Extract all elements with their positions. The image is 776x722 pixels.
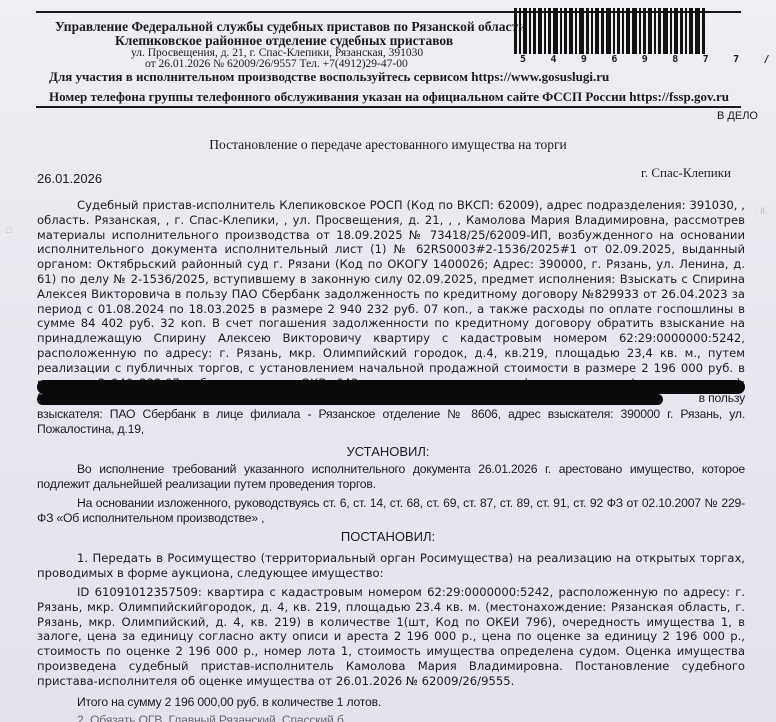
redaction-bar-2: [37, 394, 663, 405]
property-item: ID 61091012357509: квартира с кадастровы…: [37, 585, 745, 689]
document-title: Постановление о передаче арестованного и…: [0, 137, 776, 153]
total-line: Итого на сумму 2 196 000,00 руб. в колич…: [37, 695, 745, 710]
redaction-tail-text: в пользу: [683, 391, 745, 406]
intro-paragraph: Судебный пристав-исполнитель Клепиковско…: [37, 198, 745, 405]
established-heading: УСТАНОВИЛ:: [0, 444, 776, 459]
header-bottom-rule: [36, 106, 741, 108]
document-page: Управление Федеральной службы судебных п…: [0, 0, 776, 722]
barcode-number: 5 4 9 6 9 8 7 7 / 6 2 0 9: [520, 54, 735, 65]
document-city: г. Спас-Клепики: [641, 165, 731, 181]
margin-mark: □: [6, 225, 11, 235]
claimant-paragraph: взыскателя: ПАО Сбербанк в лице филиала …: [37, 407, 745, 437]
established-paragraph-1: Во исполнение требований указанного испо…: [37, 462, 745, 492]
margin-mark: · 8.: [755, 206, 767, 216]
barcode: [514, 8, 738, 54]
gosuslugi-note: Для участия в исполнительном производств…: [49, 69, 609, 85]
resolved-paragraph-1: 1. Передать в Росимущество (территориаль…: [37, 551, 745, 581]
resolved-heading: ПОСТАНОВИЛ:: [0, 529, 776, 544]
file-mark: В ДЕЛО: [717, 110, 758, 122]
phone-service-note: Номер телефона группы телефонного обслуж…: [49, 89, 729, 105]
established-paragraph-2: На основании изложенного, руководствуясь…: [37, 496, 745, 526]
redaction-bar-1: [37, 380, 745, 394]
cutoff-line: 2. Обязать ОГВ, Главный Рязанский, Спасс…: [37, 713, 745, 722]
document-date: 26.01.2026: [37, 171, 102, 186]
